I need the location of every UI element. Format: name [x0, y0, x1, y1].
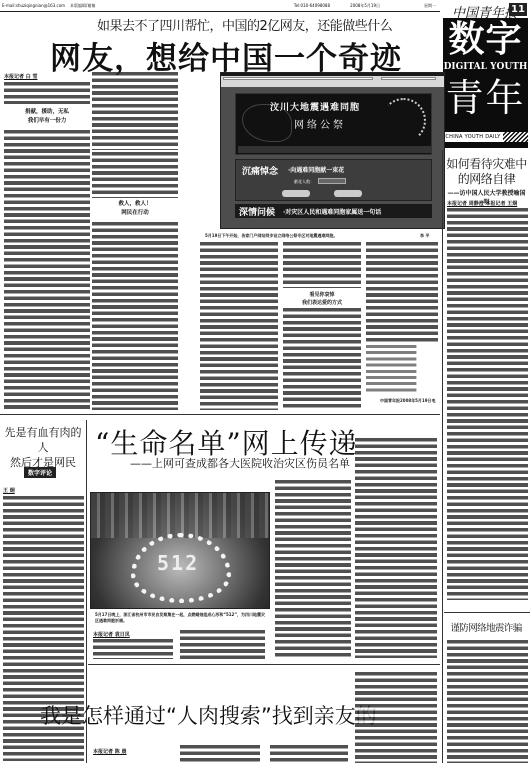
second-text-col4: [355, 438, 437, 658]
right-bottom-title: 谨防网络地震诈骗: [444, 620, 528, 634]
memorial-banner-main: 汶川大地震遇难同胞 网络公祭: [235, 93, 432, 155]
lead-text-col5a: [366, 242, 438, 342]
lead-byline: 本报记者 白 雪: [4, 73, 37, 80]
section-title-block: 数字 DIGITAL YOUTH 青年 CHINA YOUTH DAILY: [443, 18, 528, 148]
lead-kicker: 如果去不了四川帮忙，中国的2亿网友，还能做些什么: [97, 15, 392, 34]
third-byline: 本报记者 陈 晨: [93, 748, 126, 755]
third-text-col3: [355, 672, 437, 763]
sidebar-story-text: [447, 208, 528, 600]
second-subheadline: ——上网可查成都各大医院收治灾区伤员名单: [130, 455, 350, 471]
right-divider: [444, 612, 530, 613]
section-title-cn-2: 青年: [443, 76, 528, 120]
lead-text-col3: [200, 242, 278, 410]
sidebar-story-title: 如何看待灾难中的网络自律: [445, 157, 528, 187]
lead-subhead-3: 看见你哀悼 我们表达爱的方式: [283, 291, 361, 307]
memorial-banner-greeting: 深情问候 ·对灾区人民和遇难同胞家属送一句话: [235, 204, 432, 218]
lead-text-col2a: [92, 72, 178, 150]
third-headline: 我是怎样通过“人肉搜索”找到亲友的: [40, 700, 377, 730]
candle-512-text: 512: [157, 551, 199, 575]
lead-dateline: 中国青年报2008年5月19日电: [380, 398, 435, 404]
header-date: 2008年5月19日: [350, 1, 380, 11]
offer-flower-button-2: [334, 190, 362, 197]
third-text-col2: [270, 745, 348, 763]
lead-text-col4b: [283, 308, 361, 410]
candle-arc-graphic: [381, 98, 426, 143]
lead-text-col4a: [283, 242, 361, 288]
section-title-en: DIGITAL YOUTH: [443, 62, 528, 72]
commentary-tag: 数字评论: [24, 467, 56, 478]
lead-text-col1a: [4, 82, 90, 104]
lead-text-col1b: [4, 130, 90, 410]
second-text-col1: [93, 639, 173, 659]
second-byline: 本报记者 袁日凤: [93, 631, 130, 638]
browser-chrome: [221, 73, 444, 87]
section-masthead: 中国青年报 11 数字 DIGITAL YOUTH 青年 CHINA YOUTH…: [440, 0, 530, 170]
offer-flower-button: [282, 190, 310, 197]
header-phone: Tel:010-64098088: [294, 1, 330, 11]
paper-name-en: CHINA YOUTH DAILY: [443, 132, 503, 142]
second-text-col3: [275, 480, 351, 658]
lead-text-col2c: [92, 222, 178, 410]
candlelight-vigil-photo: 512: [90, 492, 270, 609]
commentary-byline: 王 炯: [3, 487, 15, 494]
memorial-banner-flowers: 沉痛悼念 ·向遇难同胞献一束花 献花人数：: [235, 159, 432, 201]
second-text-col2: [180, 630, 265, 659]
second-photo-caption: 5月17日晚上，浙江省杭州市市民自发聚集在一起，点燃蜡烛组成心形和“512”，为…: [95, 612, 265, 624]
lead-text-col2b: [92, 152, 178, 198]
lead-photo-caption: 5月19日下午开始，各家门户网站同步设立网络公祭专区对地震遇难同胞。: [205, 233, 405, 239]
right-column-divider: [442, 150, 443, 763]
memorial-website-screenshot: 汶川大地震遇难同胞 网络公祭 沉痛悼念 ·向遇难同胞献一束花 献花人数： 深情问…: [220, 72, 445, 229]
third-text-col1: [180, 745, 260, 763]
lead-poem-lines: [366, 345, 438, 393]
browser-search-box: [381, 77, 436, 80]
header-weekday: 星期一: [424, 1, 436, 11]
sidebar-story-byline: 本报记者 周静澄 本报记者 王炯: [447, 200, 517, 207]
page-header-bar: E-mail:shuziqingnian@163.com 本版编辑/谢楠 Tel…: [0, 0, 440, 12]
flower-count-field: [318, 178, 346, 184]
browser-address-bar: [223, 77, 373, 80]
crowd-graphic: [91, 493, 269, 538]
section-title-cn-1: 数字: [443, 20, 528, 60]
header-editor: 本版编辑/谢楠: [70, 1, 95, 11]
section-divider-1: [0, 414, 440, 415]
lead-subhead-2: 救人，救人！ 网民在行动: [92, 200, 178, 218]
lead-subhead-1: 捐献，援助，无私 我们早有一份力: [4, 108, 90, 126]
commentary-title: 先是有血有肉的人 然后才是网民: [0, 425, 86, 470]
right-bottom-text: [447, 640, 528, 763]
decorative-stripes: [503, 132, 528, 142]
header-email: E-mail:shuziqingnian@163.com: [2, 1, 65, 11]
lead-photo-credit: 李 平: [420, 233, 429, 239]
section-divider-2: [88, 664, 440, 665]
page-number: 11: [509, 3, 527, 16]
